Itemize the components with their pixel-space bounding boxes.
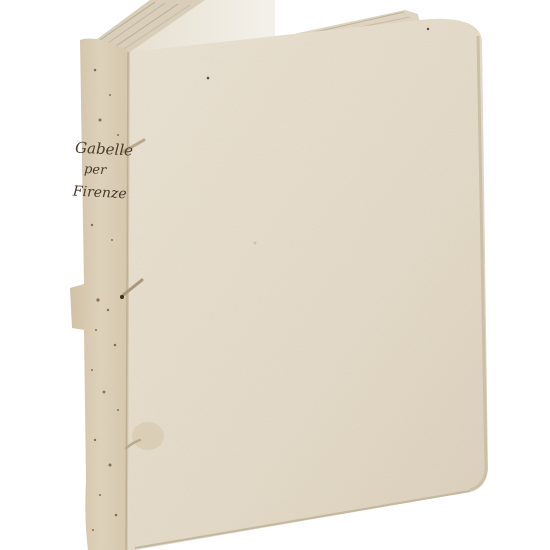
- book-photo: Gabelle per Firenze: [0, 0, 550, 550]
- spine-title-line-3: Firenze: [72, 181, 129, 206]
- spine-title-line-1: Gabelle: [75, 137, 132, 162]
- spine-handwritten-title: Gabelle per Firenze: [72, 137, 131, 206]
- spine-title-line-2: per: [73, 159, 130, 184]
- book-illustration: [0, 0, 550, 550]
- front-cover: [128, 19, 488, 550]
